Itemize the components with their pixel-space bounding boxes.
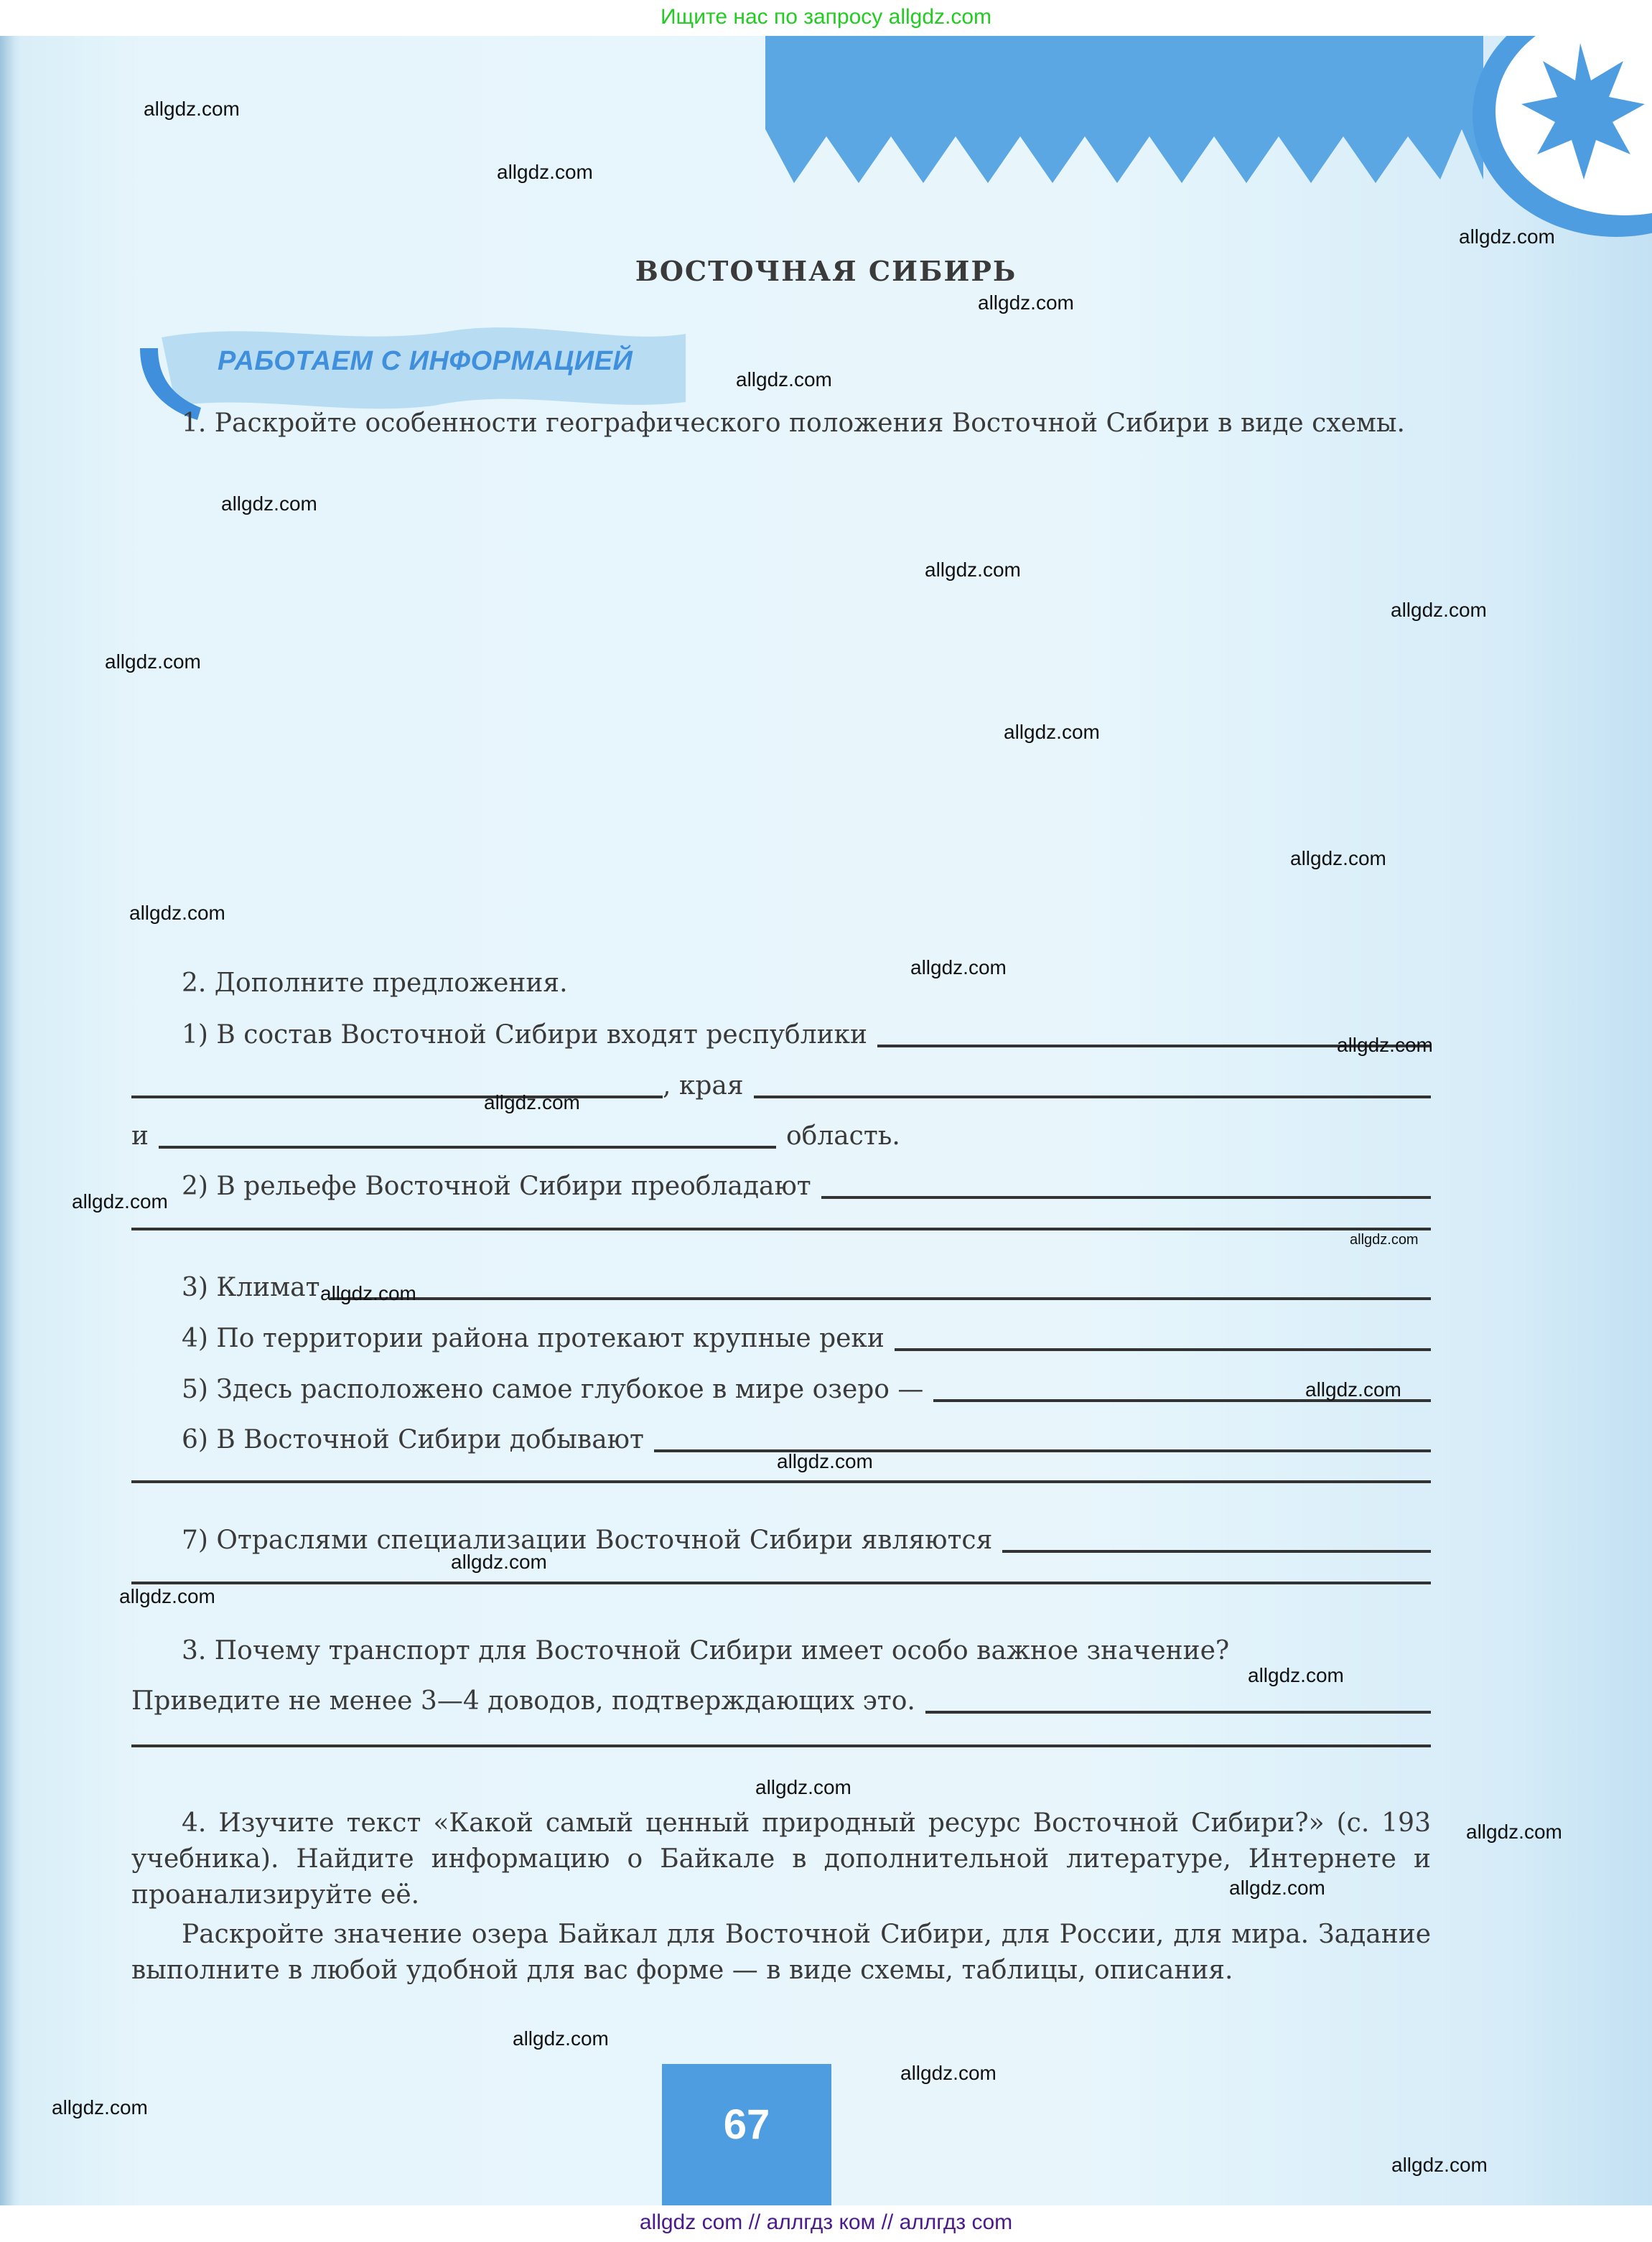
watermark: allgdz.com: [755, 1776, 851, 1799]
task-2-item-5: 5) Здесь расположено самое глубокое в ми…: [131, 1372, 1431, 1408]
watermark: allgdz.com: [1466, 1821, 1562, 1844]
watermark: allgdz.com: [1337, 1034, 1433, 1057]
star-emblem-icon: [1437, 36, 1652, 251]
watermark: allgdz.com: [777, 1450, 873, 1473]
task-2-item-4: 4) По территории района протекают крупны…: [131, 1321, 1431, 1357]
watermark: allgdz.com: [978, 291, 1074, 314]
task-2-item-1-end: и область.: [131, 1118, 1431, 1154]
watermark: allgdz.com: [900, 2062, 997, 2085]
watermark: allgdz.com: [451, 1551, 547, 1574]
task-2-heading: 2. Дополните предложения.: [131, 966, 1431, 1001]
watermark: allgdz.com: [910, 956, 1007, 979]
watermark: allgdz.com: [1004, 721, 1100, 744]
answer-line-transport-2[interactable]: [131, 1744, 1431, 1747]
watermark: allgdz.com: [484, 1091, 580, 1114]
answer-line-rivers[interactable]: [895, 1348, 1431, 1351]
answer-line-industries[interactable]: [1002, 1550, 1431, 1553]
watermark: allgdz.com: [221, 492, 317, 515]
watermark: allgdz.com: [1350, 1232, 1419, 1248]
section-badge-label: РАБОТАЕМ С ИНФОРМАЦИЕЙ: [218, 346, 633, 377]
answer-line-resources[interactable]: [654, 1449, 1431, 1452]
task-2-item-2: 2) В рельефе Восточной Сибири преобладаю…: [131, 1169, 1431, 1205]
answer-line-republics-2[interactable]: [131, 1096, 663, 1098]
watermark: allgdz.com: [497, 161, 593, 184]
watermark: allgdz.com: [144, 98, 240, 121]
header-zigzag-decoration: [765, 36, 1483, 215]
watermark: allgdz.com: [1290, 847, 1386, 870]
watermark: allgdz.com: [1305, 1378, 1401, 1401]
watermark: allgdz.com: [1248, 1664, 1344, 1687]
watermark: allgdz.com: [52, 2096, 148, 2119]
page-title: ВОСТОЧНАЯ СИБИРЬ: [0, 255, 1652, 287]
answer-line-resources-2[interactable]: [131, 1480, 1431, 1483]
answer-line-industries-2[interactable]: [131, 1582, 1431, 1584]
watermark: allgdz.com: [1391, 599, 1487, 622]
watermark: allgdz.com: [129, 902, 225, 925]
top-banner[interactable]: Ищите нас по запросу allgdz.com: [0, 0, 1652, 36]
answer-line-transport[interactable]: [925, 1711, 1431, 1714]
task-3-question: 3. Почему транспорт для Восточной Сибири…: [131, 1633, 1431, 1669]
watermark: allgdz.com: [320, 1282, 416, 1305]
watermark: allgdz.com: [513, 2027, 609, 2050]
answer-line-krai[interactable]: [754, 1096, 1431, 1098]
answer-line-relief[interactable]: [821, 1196, 1431, 1199]
watermark: allgdz.com: [736, 368, 832, 391]
workbook-page: ВОСТОЧНАЯ СИБИРЬ РАБОТАЕМ С ИНФОРМАЦИЕЙ …: [0, 36, 1652, 2205]
task-2-item-1-cont: , края: [131, 1068, 1431, 1104]
answer-line-climate[interactable]: [330, 1297, 1432, 1300]
task-3-instruction: Приведите не менее 3—4 доводов, подтверж…: [131, 1683, 1431, 1719]
answer-line-oblast[interactable]: [159, 1146, 776, 1149]
watermark: allgdz.com: [1391, 2154, 1488, 2177]
answer-line-relief-2[interactable]: [131, 1228, 1431, 1230]
task-1-text: 1. Раскройте особенности географического…: [131, 406, 1431, 442]
watermark: allgdz.com: [1459, 225, 1555, 248]
page-number: 67: [662, 2064, 831, 2205]
watermark: allgdz.com: [1229, 1877, 1325, 1900]
watermark: allgdz.com: [119, 1585, 215, 1608]
page-spine-shadow: [0, 36, 14, 2205]
task-4-assignment: Раскройте значение озера Байкал для Вост…: [131, 1917, 1431, 1989]
task-2-item-1: 1) В состав Восточной Сибири входят респ…: [131, 1017, 1431, 1053]
watermark: allgdz.com: [72, 1190, 168, 1213]
bottom-banner[interactable]: allgdz com // аллгдз ком // аллгдз com: [0, 2205, 1652, 2242]
watermark: allgdz.com: [105, 650, 201, 673]
task-2-item-7: 7) Отраслями специализации Восточной Сиб…: [131, 1523, 1431, 1559]
watermark: allgdz.com: [925, 559, 1021, 581]
